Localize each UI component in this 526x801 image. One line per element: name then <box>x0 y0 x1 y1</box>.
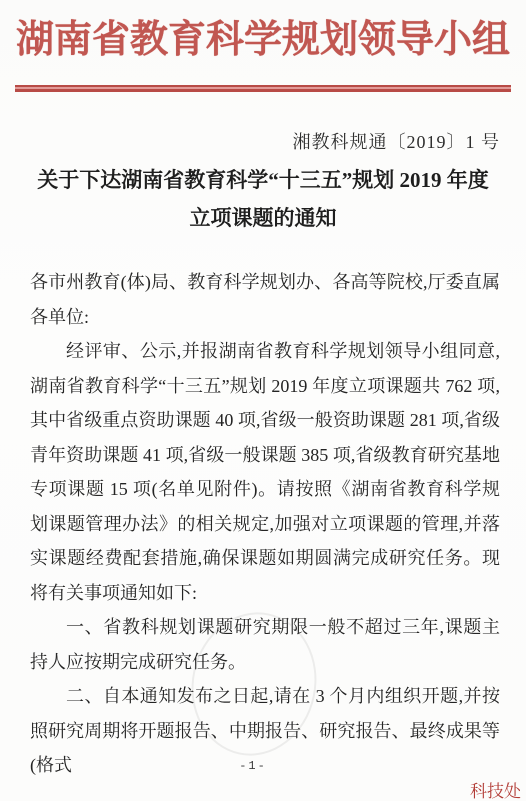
letterhead-divider <box>15 85 511 92</box>
document-number: 湘教科规通〔2019〕1 号 <box>293 128 501 154</box>
body-paragraph: 经评审、公示,并报湖南省教育科学规划领导小组同意,湖南省教育科学“十三五”规划 … <box>30 334 500 610</box>
department-label: 科技处 <box>470 777 521 801</box>
document-page: 湖南省教育科学规划领导小组 湘教科规通〔2019〕1 号 关于下达湖南省教育科学… <box>0 0 526 801</box>
document-title-line1: 关于下达湖南省教育科学“十三五”规划 2019 年度 <box>18 161 508 199</box>
document-title: 关于下达湖南省教育科学“十三五”规划 2019 年度 立项课题的通知 <box>18 161 508 237</box>
document-title-line2: 立项课题的通知 <box>18 199 508 237</box>
letterhead-org-name: 湖南省教育科学规划领导小组 <box>8 8 518 63</box>
body-paragraph: 一、省教科规划课题研究期限一般不超过三年,课题主持人应按期完成研究任务。 <box>30 610 500 679</box>
page-number: -1- <box>0 759 506 773</box>
document-body: 各市州教育(体)局、教育科学规划办、各高等院校,厅委直属各单位: 经评审、公示,… <box>30 265 500 783</box>
salutation-paragraph: 各市州教育(体)局、教育科学规划办、各高等院校,厅委直属各单位: <box>30 265 500 334</box>
